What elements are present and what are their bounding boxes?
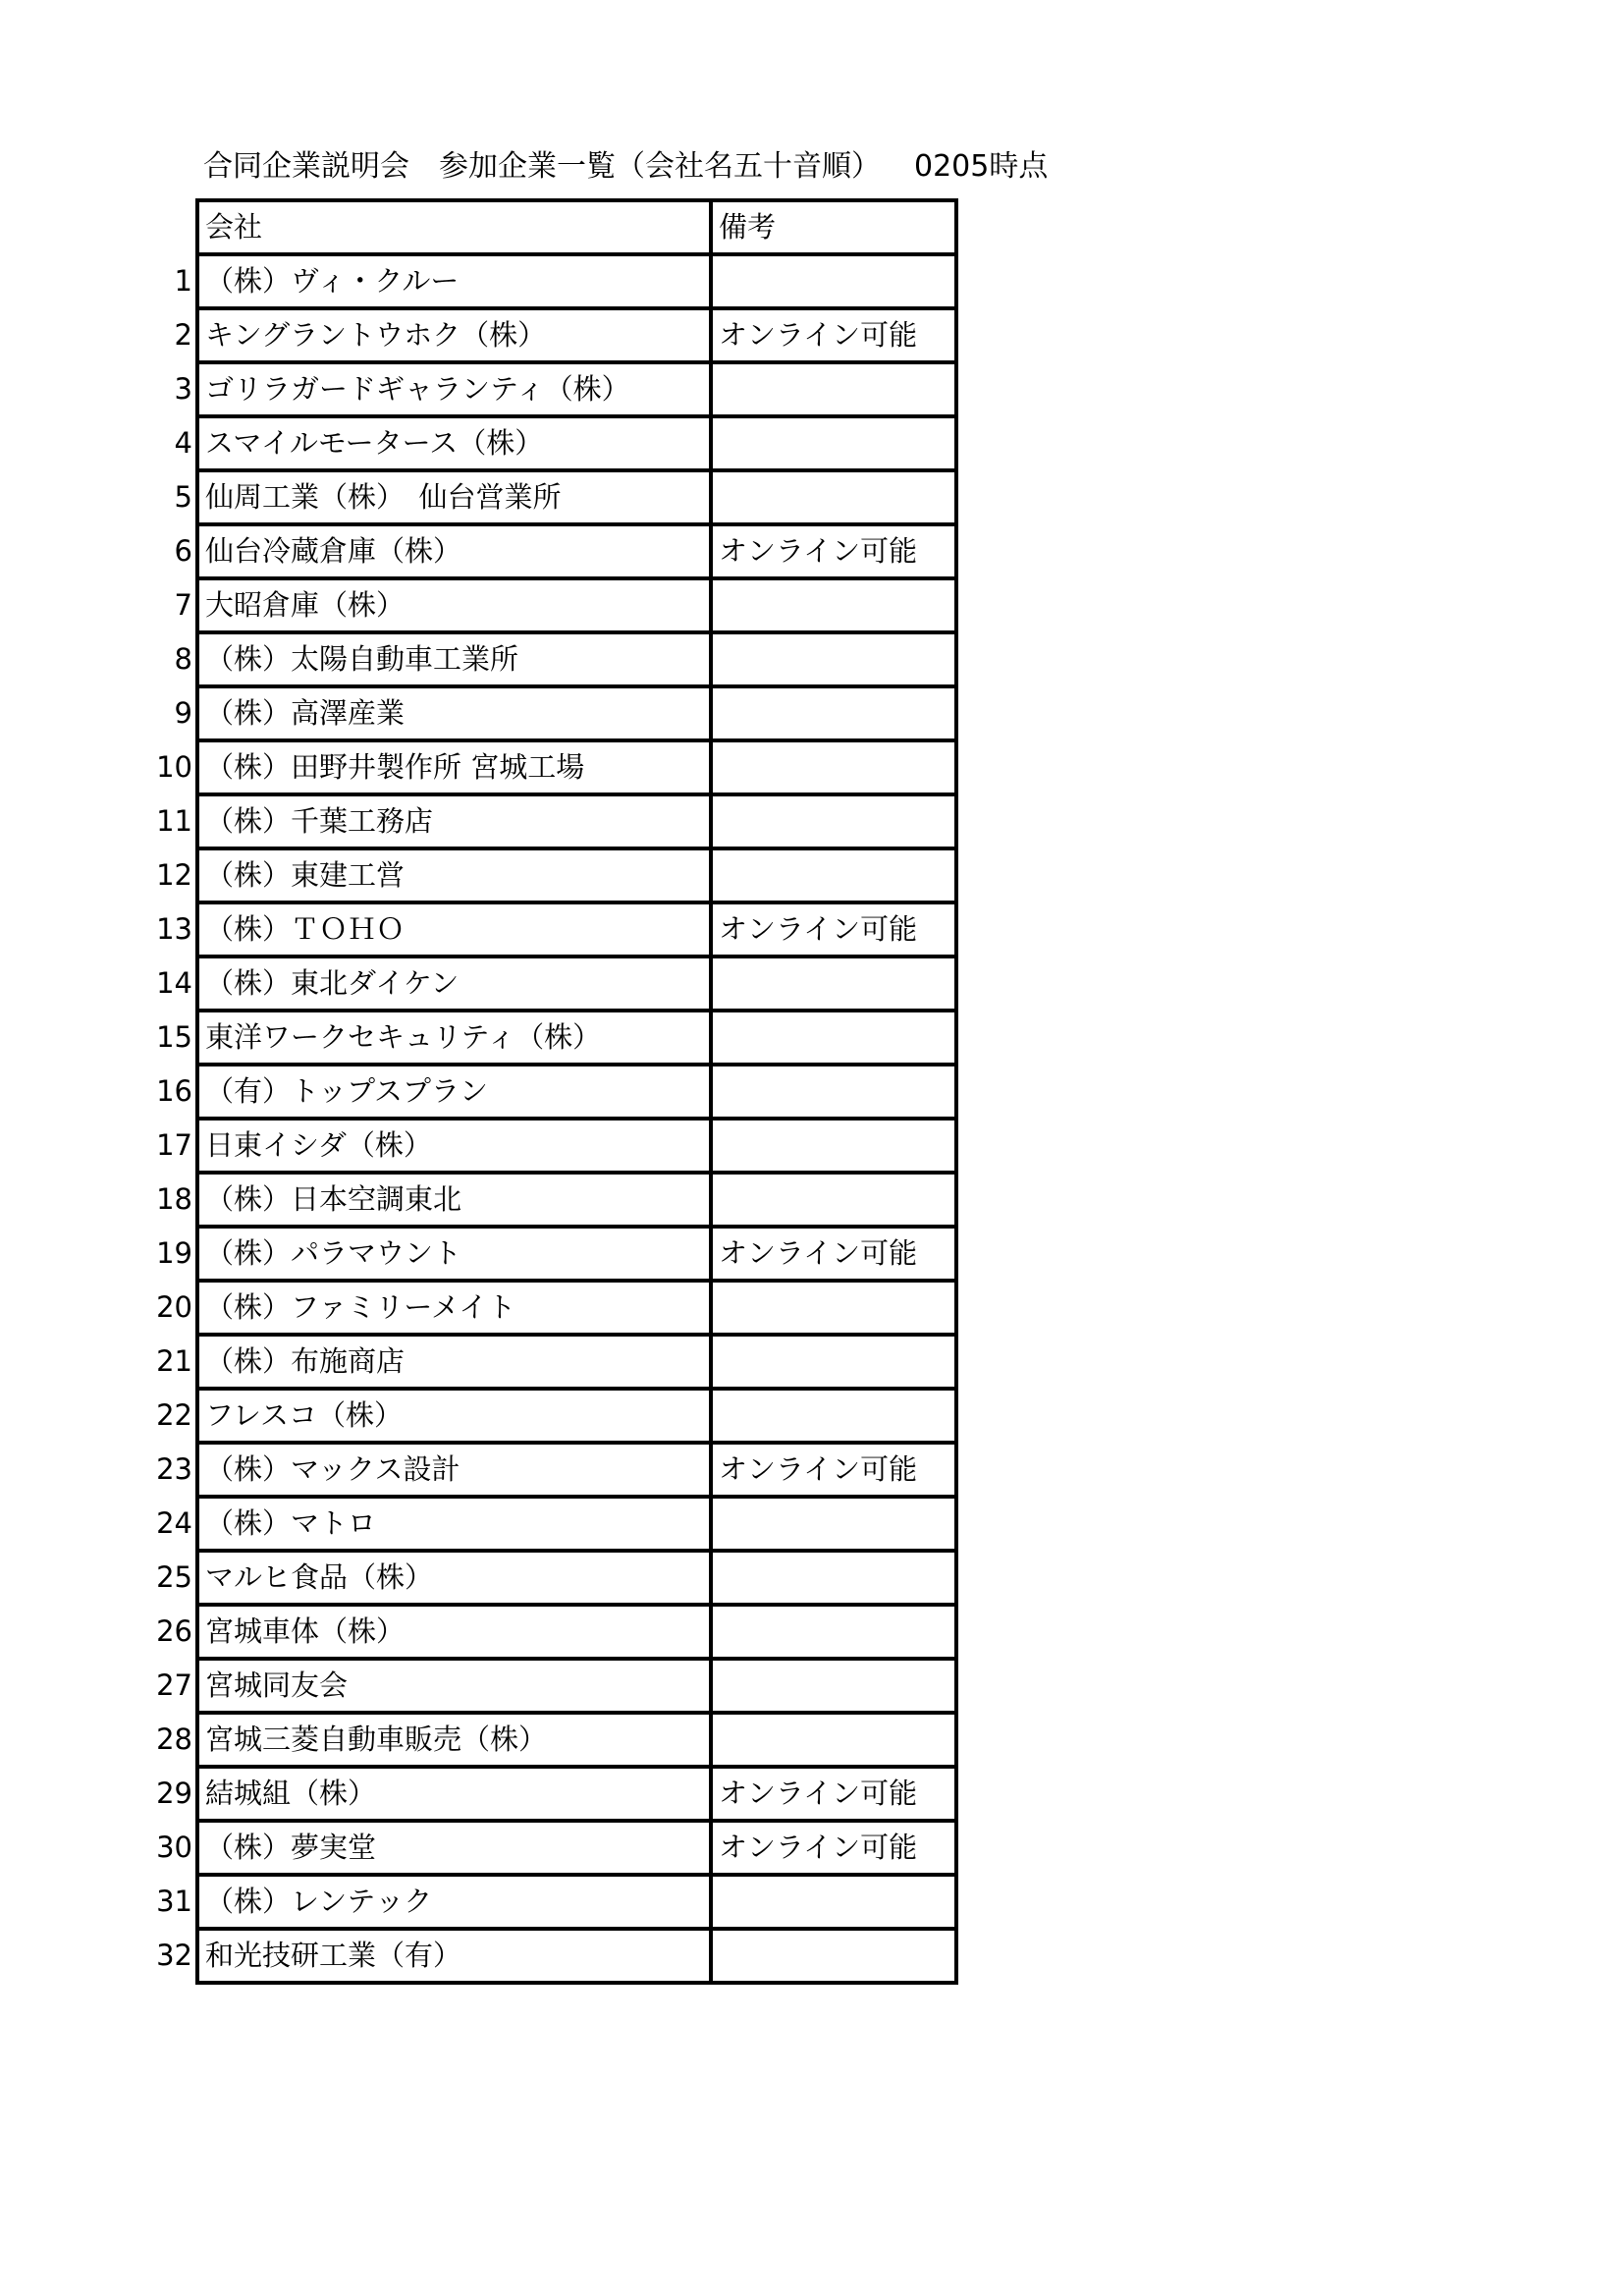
table-row: 22フレスコ（株） (147, 1389, 956, 1443)
company-name-cell: （株）夢実堂 (197, 1821, 711, 1875)
remarks-cell (711, 1605, 956, 1659)
table-row: 30（株）夢実堂オンライン可能 (147, 1821, 956, 1875)
company-name-cell: （有）トップスプラン (197, 1065, 711, 1119)
row-number: 14 (147, 957, 197, 1011)
company-name-cell: 結城組（株） (197, 1767, 711, 1821)
remarks-cell (711, 1335, 956, 1389)
row-number: 7 (147, 578, 197, 632)
table-row: 27宮城同友会 (147, 1659, 956, 1713)
row-number: 16 (147, 1065, 197, 1119)
row-number: 20 (147, 1281, 197, 1335)
remarks-cell (711, 254, 956, 308)
table-row: 16（有）トップスプラン (147, 1065, 956, 1119)
row-number: 1 (147, 254, 197, 308)
table-row: 9（株）高澤産業 (147, 686, 956, 740)
row-number: 12 (147, 848, 197, 902)
company-name-cell: （株）パラマウント (197, 1227, 711, 1281)
table-row: 31（株）レンテック (147, 1875, 956, 1929)
row-number: 27 (147, 1659, 197, 1713)
row-number: 26 (147, 1605, 197, 1659)
table-row: 3ゴリラガードギャランティ（株） (147, 362, 956, 416)
remarks-cell (711, 1173, 956, 1227)
remarks-cell: オンライン可能 (711, 1821, 956, 1875)
table-row: 18（株）日本空調東北 (147, 1173, 956, 1227)
row-number: 15 (147, 1011, 197, 1065)
company-name-cell: （株）マトロ (197, 1497, 711, 1551)
remarks-cell (711, 470, 956, 524)
row-number: 2 (147, 308, 197, 362)
remarks-cell (711, 1551, 956, 1605)
row-number: 29 (147, 1767, 197, 1821)
row-number: 9 (147, 686, 197, 740)
company-name-cell: （株）高澤産業 (197, 686, 711, 740)
table-row: 24（株）マトロ (147, 1497, 956, 1551)
remarks-cell (711, 848, 956, 902)
table-row: 7大昭倉庫（株） (147, 578, 956, 632)
row-number: 19 (147, 1227, 197, 1281)
company-name-cell: 仙台冷蔵倉庫（株） (197, 524, 711, 578)
table-row: 2キングラントウホク（株）オンライン可能 (147, 308, 956, 362)
company-name-cell: スマイルモータース（株） (197, 416, 711, 470)
company-name-cell: （株）東北ダイケン (197, 957, 711, 1011)
row-number: 4 (147, 416, 197, 470)
row-number: 24 (147, 1497, 197, 1551)
row-number: 22 (147, 1389, 197, 1443)
table-row: 11（株）千葉工務店 (147, 794, 956, 848)
remarks-cell: オンライン可能 (711, 308, 956, 362)
remarks-cell: オンライン可能 (711, 902, 956, 957)
row-number: 3 (147, 362, 197, 416)
row-number: 11 (147, 794, 197, 848)
table-row: 12（株）東建工営 (147, 848, 956, 902)
table-row: 1（株）ヴィ・クルー (147, 254, 956, 308)
remarks-cell (711, 957, 956, 1011)
company-name-cell: 宮城車体（株） (197, 1605, 711, 1659)
remarks-cell (711, 1497, 956, 1551)
remarks-cell: オンライン可能 (711, 524, 956, 578)
company-name-cell: （株）太陽自動車工業所 (197, 632, 711, 686)
row-number: 18 (147, 1173, 197, 1227)
table-row: 29結城組（株）オンライン可能 (147, 1767, 956, 1821)
company-name-cell: （株）千葉工務店 (197, 794, 711, 848)
company-name-cell: 宮城三菱自動車販売（株） (197, 1713, 711, 1767)
table-row: 26宮城車体（株） (147, 1605, 956, 1659)
company-name-cell: （株）ファミリーメイト (197, 1281, 711, 1335)
remarks-cell (711, 794, 956, 848)
remarks-cell (711, 1713, 956, 1767)
table-row: 6仙台冷蔵倉庫（株）オンライン可能 (147, 524, 956, 578)
row-number: 13 (147, 902, 197, 957)
table-row: 25マルヒ食品（株） (147, 1551, 956, 1605)
company-name-cell: （株）田野井製作所 宮城工場 (197, 740, 711, 794)
remarks-cell (711, 578, 956, 632)
remarks-cell (711, 1875, 956, 1929)
remarks-cell: オンライン可能 (711, 1443, 956, 1497)
remarks-cell (711, 632, 956, 686)
table-row: 28宮城三菱自動車販売（株） (147, 1713, 956, 1767)
remarks-cell (711, 416, 956, 470)
row-number: 31 (147, 1875, 197, 1929)
column-header-company: 会社 (197, 200, 711, 254)
table-row: 23（株）マックス設計オンライン可能 (147, 1443, 956, 1497)
remarks-cell: オンライン可能 (711, 1767, 956, 1821)
company-name-cell: 仙周工業（株） 仙台営業所 (197, 470, 711, 524)
row-number: 5 (147, 470, 197, 524)
remarks-cell (711, 686, 956, 740)
table-row: 8（株）太陽自動車工業所 (147, 632, 956, 686)
company-name-cell: （株）布施商店 (197, 1335, 711, 1389)
company-name-cell: フレスコ（株） (197, 1389, 711, 1443)
row-number: 32 (147, 1929, 197, 1983)
table-row: 5仙周工業（株） 仙台営業所 (147, 470, 956, 524)
company-name-cell: （株）日本空調東北 (197, 1173, 711, 1227)
company-name-cell: 日東イシダ（株） (197, 1119, 711, 1173)
table-row: 4スマイルモータース（株） (147, 416, 956, 470)
remarks-cell (711, 1119, 956, 1173)
table-row: 14（株）東北ダイケン (147, 957, 956, 1011)
remarks-cell (711, 1011, 956, 1065)
row-number: 8 (147, 632, 197, 686)
row-number: 30 (147, 1821, 197, 1875)
row-number-header (147, 200, 197, 254)
remarks-cell (711, 1929, 956, 1983)
row-number: 17 (147, 1119, 197, 1173)
remarks-cell: オンライン可能 (711, 1227, 956, 1281)
company-table: 会社 備考 1（株）ヴィ・クルー2キングラントウホク（株）オンライン可能3ゴリラ… (147, 198, 958, 1985)
remarks-cell (711, 1065, 956, 1119)
remarks-cell (711, 1389, 956, 1443)
row-number: 28 (147, 1713, 197, 1767)
company-name-cell: 宮城同友会 (197, 1659, 711, 1713)
company-name-cell: （株）ＴＯＨＯ (197, 902, 711, 957)
table-row: 13（株）ＴＯＨＯオンライン可能 (147, 902, 956, 957)
company-name-cell: 大昭倉庫（株） (197, 578, 711, 632)
table-row: 15東洋ワークセキュリティ（株） (147, 1011, 956, 1065)
company-name-cell: （株）マックス設計 (197, 1443, 711, 1497)
header-row: 会社 備考 (147, 200, 956, 254)
row-number: 25 (147, 1551, 197, 1605)
row-number: 21 (147, 1335, 197, 1389)
title-main: 合同企業説明会 参加企業一覧（会社名五十音順） (203, 149, 881, 184)
page-title: 合同企業説明会 参加企業一覧（会社名五十音順）0205時点 (203, 147, 1048, 187)
company-name-cell: （株）ヴィ・クルー (197, 254, 711, 308)
as-of-date: 0205時点 (914, 149, 1048, 184)
table-row: 17日東イシダ（株） (147, 1119, 956, 1173)
company-name-cell: キングラントウホク（株） (197, 308, 711, 362)
row-number: 10 (147, 740, 197, 794)
table-row: 21（株）布施商店 (147, 1335, 956, 1389)
table-row: 32和光技研工業（有） (147, 1929, 956, 1983)
company-name-cell: （株）レンテック (197, 1875, 711, 1929)
company-name-cell: ゴリラガードギャランティ（株） (197, 362, 711, 416)
remarks-cell (711, 1281, 956, 1335)
company-name-cell: 東洋ワークセキュリティ（株） (197, 1011, 711, 1065)
company-name-cell: （株）東建工営 (197, 848, 711, 902)
table-row: 10（株）田野井製作所 宮城工場 (147, 740, 956, 794)
company-name-cell: マルヒ食品（株） (197, 1551, 711, 1605)
column-header-remarks: 備考 (711, 200, 956, 254)
company-list-sheet: 会社 備考 1（株）ヴィ・クルー2キングラントウホク（株）オンライン可能3ゴリラ… (147, 198, 958, 1985)
company-name-cell: 和光技研工業（有） (197, 1929, 711, 1983)
remarks-cell (711, 1659, 956, 1713)
table-row: 20（株）ファミリーメイト (147, 1281, 956, 1335)
remarks-cell (711, 362, 956, 416)
row-number: 23 (147, 1443, 197, 1497)
table-row: 19（株）パラマウントオンライン可能 (147, 1227, 956, 1281)
row-number: 6 (147, 524, 197, 578)
remarks-cell (711, 740, 956, 794)
